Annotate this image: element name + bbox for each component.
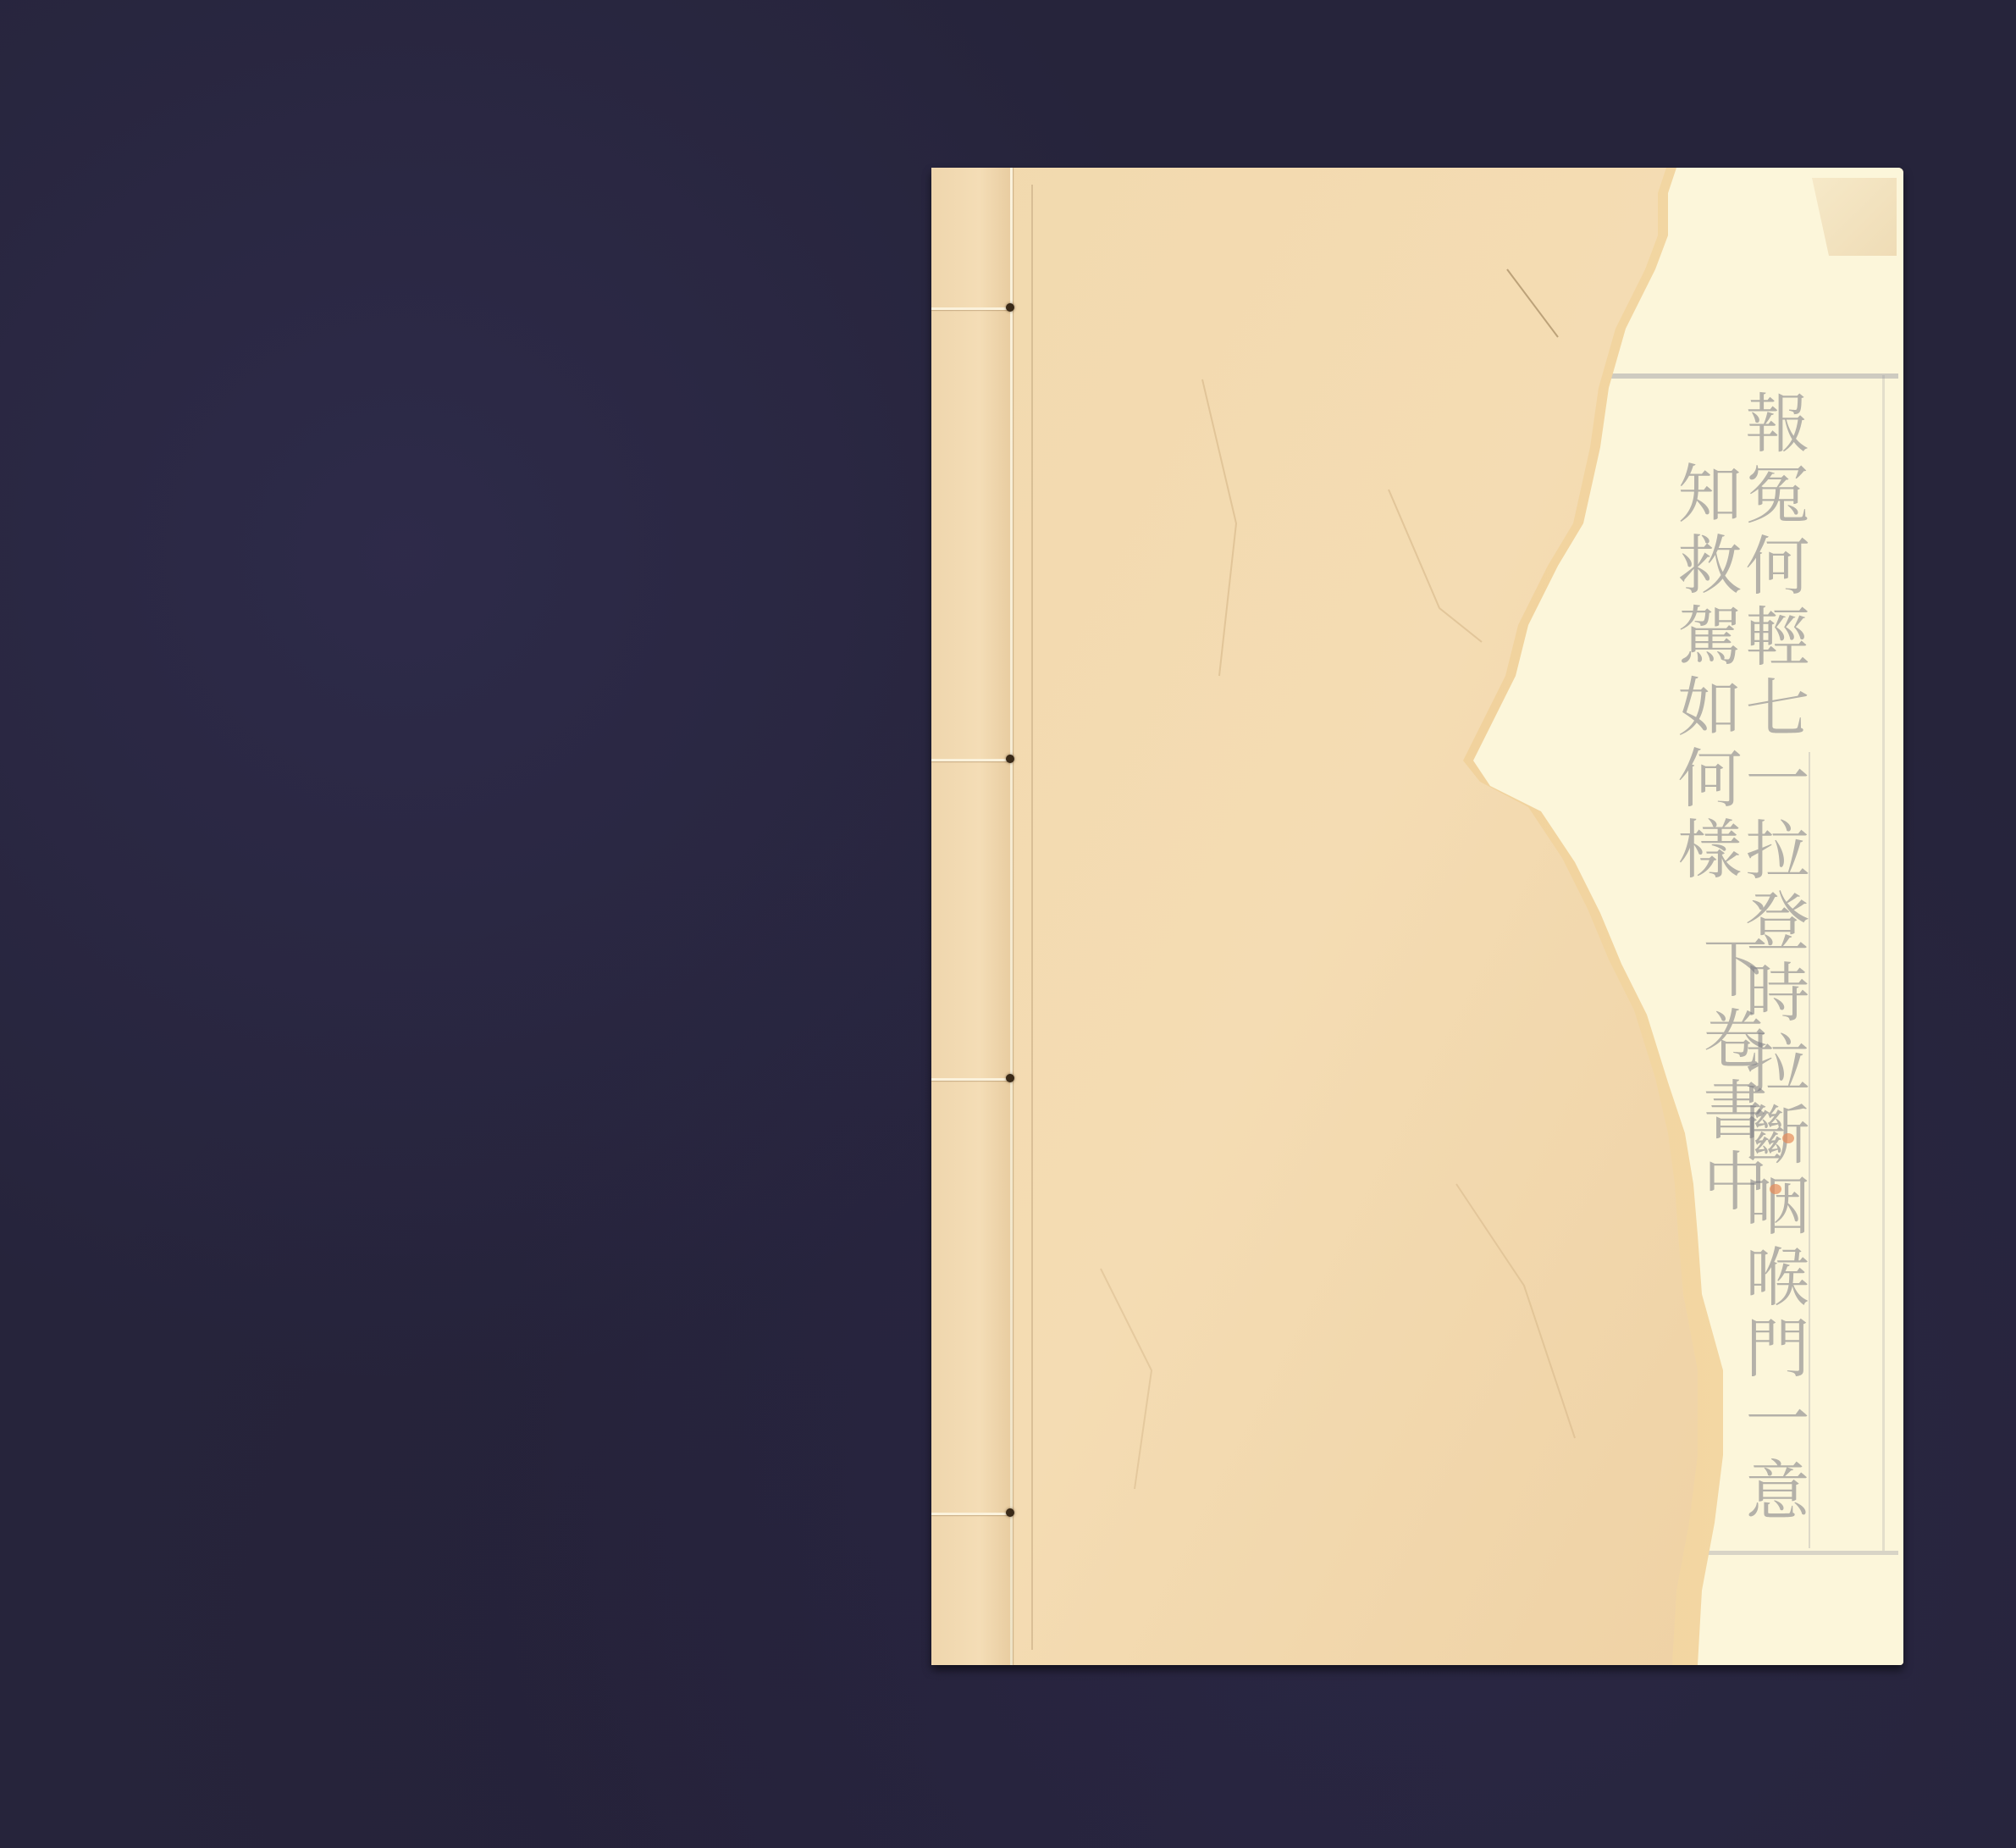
stitch-1 <box>931 307 1013 310</box>
stitch-2 <box>931 759 1013 761</box>
stitch-3 <box>931 1078 1013 1081</box>
stitch-hole-1 <box>1006 303 1014 312</box>
spine-strip <box>931 168 1012 1665</box>
torn-cover <box>931 168 1903 1665</box>
stitch-hole-3 <box>1006 1074 1014 1082</box>
stitch-hole-2 <box>1006 755 1014 763</box>
spine-fold-line <box>1031 185 1033 1650</box>
binding-thread <box>1010 168 1013 1665</box>
stitch-hole-4 <box>1006 1508 1014 1517</box>
stitch-4 <box>931 1513 1013 1515</box>
stitched-book: 報冤何輕七一拉登時拉斷咽喉門一意 知救駕如何樣 下卷書中 <box>931 168 1903 1665</box>
